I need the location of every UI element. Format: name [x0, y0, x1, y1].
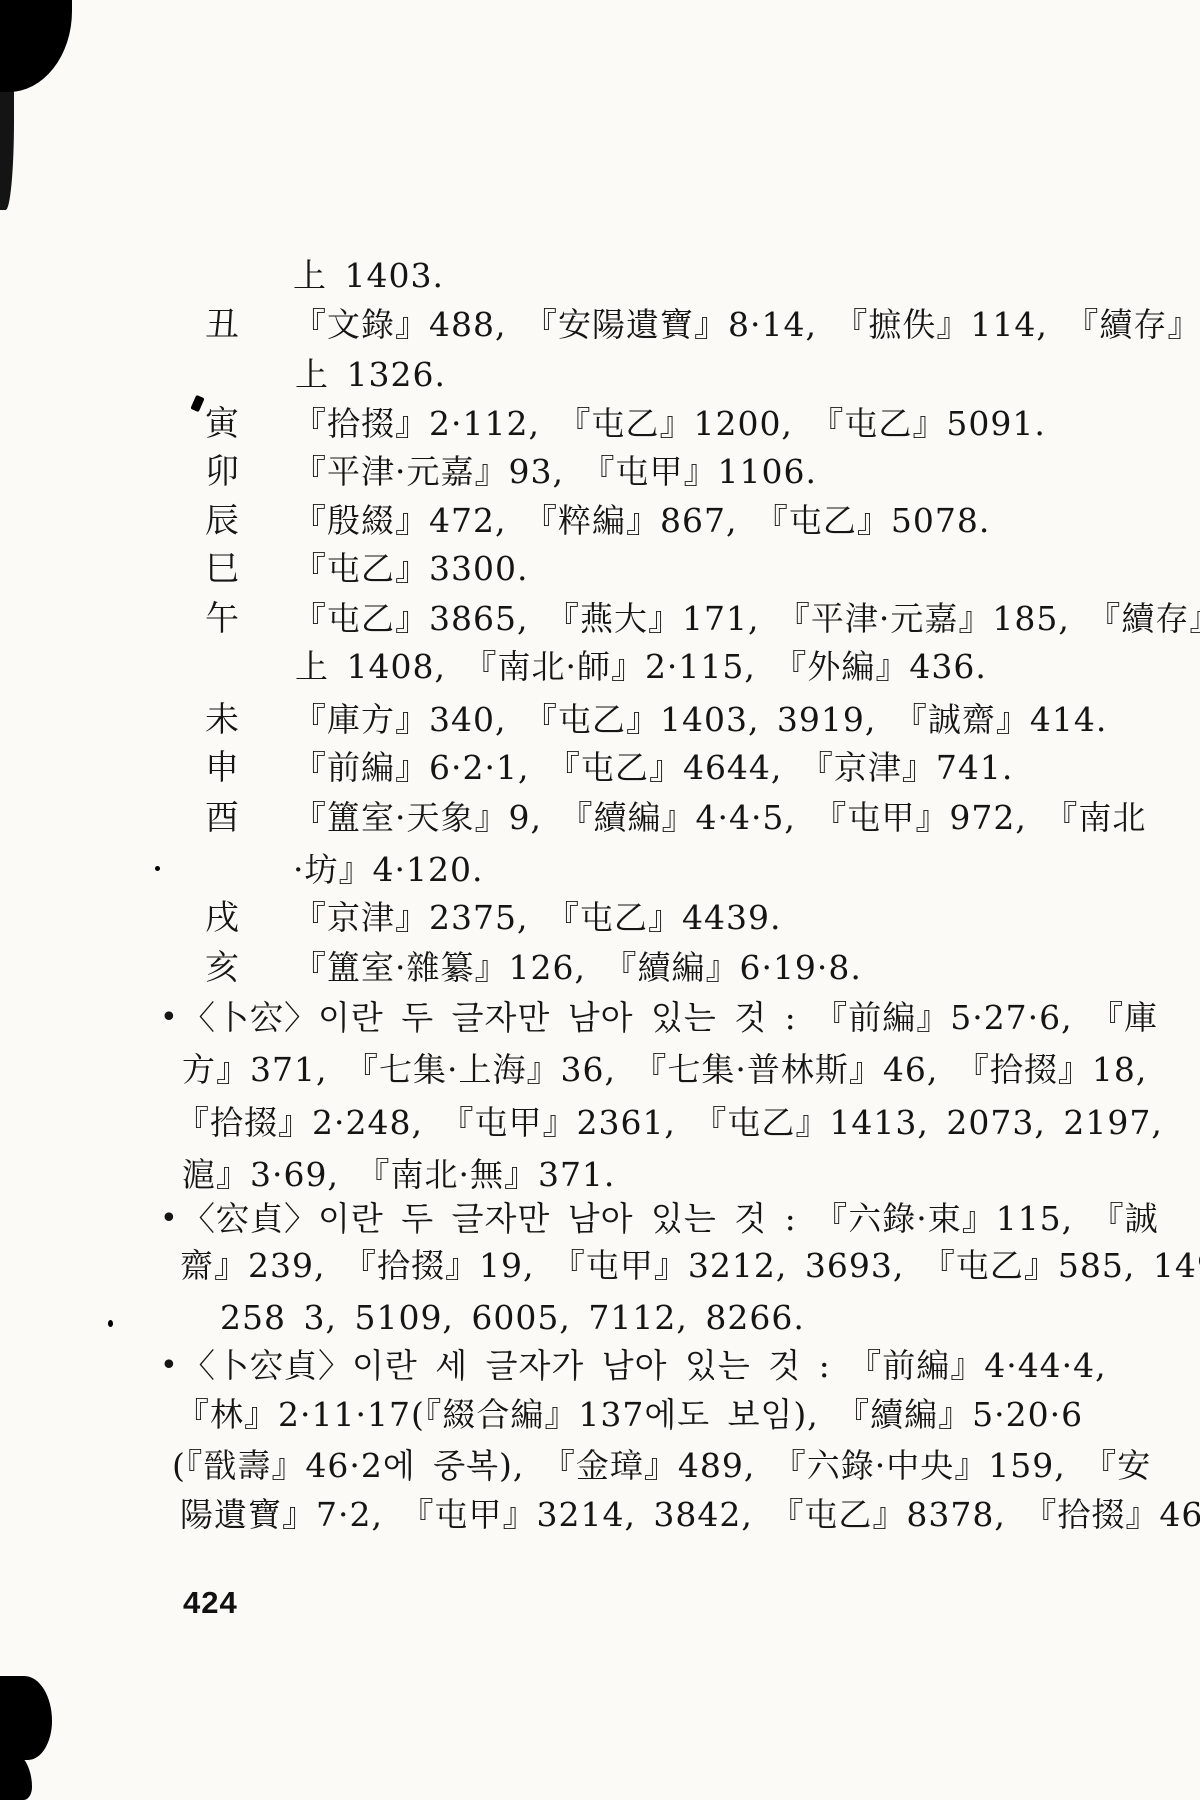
entry-line: 『簠室·雜纂』126, 『續編』6·19·8. [293, 946, 862, 990]
entry-line: 上 1326. [295, 353, 446, 397]
entry-line: 上 1403. [293, 254, 444, 298]
scan-artifact-dot [108, 1320, 113, 1327]
entry-line: ·坊』4·120. [293, 848, 483, 892]
bullet-line: 『拾掇』2·248, 『屯甲』2361, 『屯乙』1413, 2073, 219… [176, 1101, 1200, 1145]
entry-line: 『平津·元嘉』93, 『屯甲』1106. [293, 450, 817, 494]
branch-label: 卯 [205, 450, 239, 494]
bullet-line: (『戩壽』46·2에 중복), 『金璋』489, 『六錄·中央』159, 『安 [172, 1444, 1151, 1488]
scan-artifact-ink-tick [190, 395, 204, 412]
bullet-line: 陽遺寶』7·2, 『屯甲』3214, 3842, 『屯乙』8378, 『拾掇』4… [180, 1493, 1200, 1537]
branch-label: 未 [205, 698, 239, 742]
page-number: 424 [183, 1585, 238, 1621]
branch-label: 午 [205, 597, 239, 641]
branch-label: 申 [205, 746, 239, 790]
bullet-marker: • [160, 1344, 178, 1388]
book-page: 上 1403. 丑 『文錄』488, 『安陽遺寶』8·14, 『摭佚』114, … [0, 0, 1200, 1800]
bullet-line: 〈卜㝐貞〉이란 세 글자가 남아 있는 것 : 『前編』4·44·4, [182, 1344, 1107, 1388]
entry-line: 『前編』6·2·1, 『屯乙』4644, 『京津』741. [293, 746, 1013, 790]
branch-label: 寅 [205, 402, 239, 446]
bullet-line: 『林』2·11·17(『綴合編』137에도 보임), 『續編』5·20·6 [176, 1393, 1083, 1437]
bullet-line: 258 3, 5109, 6005, 7112, 8266. [220, 1296, 805, 1340]
entry-line: 『文錄』488, 『安陽遺寶』8·14, 『摭佚』114, 『續存』 [293, 303, 1200, 347]
entry-line: 『庫方』340, 『屯乙』1403, 3919, 『誠齋』414. [293, 698, 1107, 742]
bullet-line: 滬』3·69, 『南北·無』371. [182, 1153, 615, 1197]
branch-label: 丑 [205, 303, 239, 347]
entry-line: 『殷綴』472, 『粹編』867, 『屯乙』5078. [293, 499, 990, 543]
bullet-marker: • [160, 996, 178, 1040]
entry-line: 『屯乙』3300. [293, 547, 528, 591]
entry-line: 『京津』2375, 『屯乙』4439. [293, 896, 781, 940]
entry-line: 『簠室·天象』9, 『續編』4·4·5, 『屯甲』972, 『南北 [293, 796, 1146, 840]
scan-artifact-left-edge [0, 60, 14, 210]
branch-label: 辰 [205, 499, 239, 543]
scan-artifact-bottom-left [0, 1676, 52, 1760]
bullet-line: 方』371, 『七集·上海』36, 『七集·普林斯』46, 『拾掇』18, [182, 1048, 1147, 1092]
branch-label: 戌 [205, 896, 239, 940]
branch-label: 酉 [205, 796, 239, 840]
entry-line: 『拾掇』2·112, 『屯乙』1200, 『屯乙』5091. [293, 402, 1046, 446]
branch-label: 亥 [205, 946, 239, 990]
entry-line: 上 1408, 『南北·師』2·115, 『外編』436. [295, 645, 987, 689]
bullet-line: 齋』239, 『拾掇』19, 『屯甲』3212, 3693, 『屯乙』585, … [180, 1244, 1200, 1288]
bullet-line: 〈㝐貞〉이란 두 글자만 남아 있는 것 : 『六錄·束』115, 『誠 [182, 1197, 1159, 1241]
bullet-marker: • [160, 1197, 178, 1241]
scan-artifact-dot [155, 866, 160, 871]
entry-line: 『屯乙』3865, 『燕大』171, 『平津·元嘉』185, 『續存』 [293, 597, 1200, 641]
bullet-line: 〈卜㝐〉이란 두 글자만 남아 있는 것 : 『前編』5·27·6, 『庫 [182, 996, 1158, 1040]
branch-label: 巳 [205, 547, 239, 591]
